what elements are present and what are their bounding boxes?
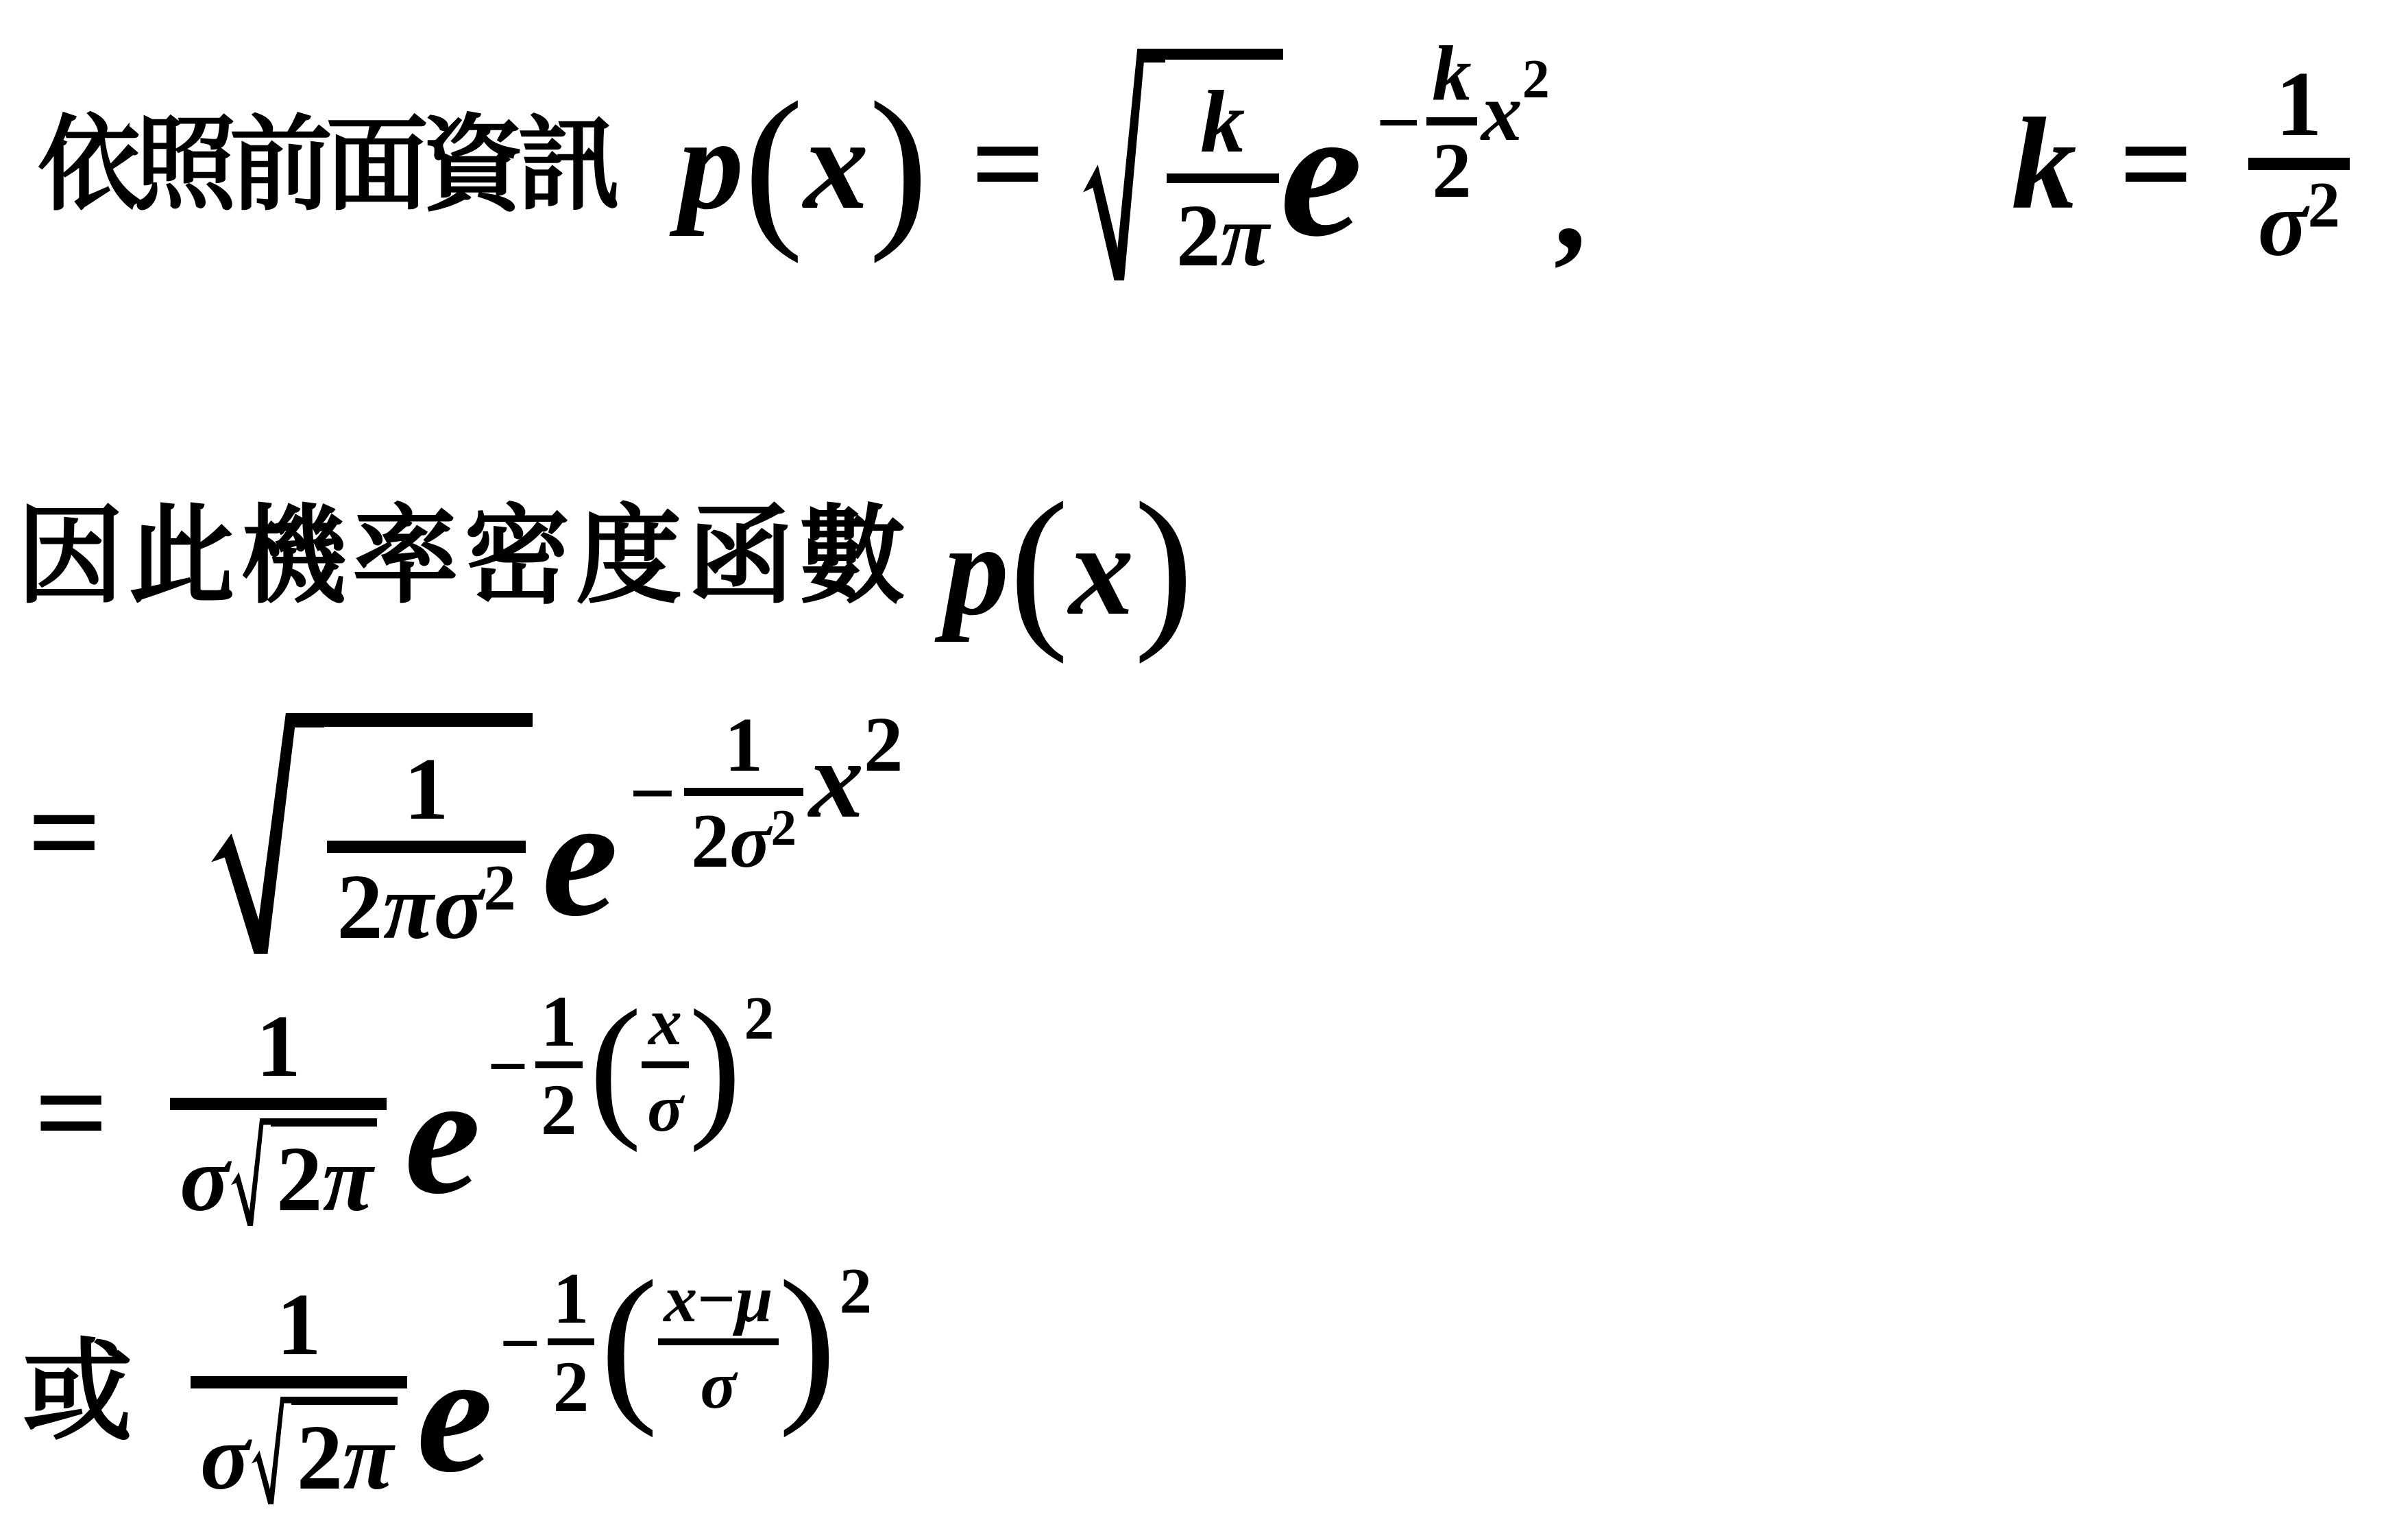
- close-paren: ): [1134, 501, 1193, 630]
- sqrt-vinculum: [291, 1397, 398, 1405]
- square-root-small: 2 π: [231, 1118, 377, 1226]
- x-symbol: x: [664, 1266, 697, 1333]
- sigma-symbol: σ: [200, 1412, 250, 1504]
- fraction-bar: [642, 1061, 689, 1068]
- p-symbol: p: [944, 505, 1009, 636]
- digit-2: 2: [337, 861, 383, 954]
- comma: ,: [1554, 139, 1587, 269]
- one-over-2pisigma2-fraction: 1 2 π σ 2: [327, 745, 525, 954]
- fraction-bar: [684, 788, 803, 796]
- pi-symbol: π: [383, 861, 434, 954]
- digit-1: 1: [2276, 58, 2322, 151]
- fraction-bar: [658, 1338, 778, 1345]
- sigma-symbol: σ: [433, 861, 483, 954]
- superscript-2: 2: [483, 856, 516, 921]
- p-symbol: p: [679, 99, 744, 230]
- equals-sign: =: [34, 1048, 108, 1179]
- line2-intro-text: 因此機率密度函數: [17, 503, 911, 609]
- close-paren: ): [689, 1009, 742, 1122]
- one-half-fraction: 1 2: [535, 985, 583, 1146]
- x-symbol: x: [648, 989, 682, 1056]
- sigma-symbol: σ: [180, 1133, 230, 1226]
- minus-sign: −: [697, 1266, 735, 1333]
- formula-line-2: 因此機率密度函數 p ( x ): [0, 432, 2408, 679]
- k-over-2-fraction: k 2: [1426, 34, 1477, 210]
- one-over-sigma-sqrt2pi-fraction: 1 σ 2 π: [191, 1280, 407, 1504]
- pi-symbol: π: [323, 1133, 374, 1226]
- minus-sign: −: [1376, 83, 1422, 162]
- close-paren: ): [779, 1279, 837, 1406]
- paren-group: ( x σ ): [589, 989, 742, 1142]
- x-symbol: x: [1481, 71, 1522, 154]
- sqrt-vinculum: [271, 1118, 377, 1127]
- x-symbol: x: [1069, 505, 1134, 636]
- fraction-bar: [191, 1376, 407, 1388]
- one-over-sigma-sqrt2pi-fraction: 1 σ 2 π: [170, 1002, 387, 1226]
- superscript-2: 2: [744, 989, 775, 1049]
- equals-sign: =: [2119, 99, 2193, 230]
- digit-1: 1: [404, 745, 449, 834]
- sigma-symbol: σ: [729, 803, 770, 880]
- formula-line-3: = 1 2 π σ 2 e − 1: [0, 696, 2408, 970]
- digit-2: 2: [553, 1351, 589, 1423]
- digit-1: 1: [553, 1262, 589, 1334]
- square-root-small: 2 π: [252, 1397, 398, 1504]
- euler-e: e: [417, 1328, 493, 1500]
- digit-2: 2: [541, 1074, 577, 1146]
- paren-group: ( x − μ σ ): [600, 1266, 836, 1419]
- minus-sign: −: [500, 1307, 541, 1379]
- exponent-group: − 1 2 ( x σ ) 2: [487, 985, 774, 1146]
- mu-symbol: μ: [735, 1266, 773, 1333]
- superscript-2: 2: [2308, 173, 2341, 238]
- formula-line-5: 或 1 σ 2 π e −: [0, 1255, 2408, 1529]
- fraction-bar: [535, 1061, 583, 1068]
- one-over-2sigma2-fraction: 1 2 σ 2: [684, 707, 803, 880]
- open-paren: (: [589, 1009, 642, 1122]
- sqrt-vinculum: [317, 713, 532, 727]
- one-over-sigma-squared: 1 σ 2: [2248, 58, 2350, 271]
- euler-e: e: [542, 772, 618, 943]
- exponent-group: − k 2 x 2: [1376, 34, 1550, 210]
- fraction-bar: [1167, 173, 1279, 183]
- open-paren: (: [1009, 501, 1069, 630]
- minus-sign: −: [487, 1030, 528, 1102]
- digit-1: 1: [277, 1280, 321, 1369]
- formula-line-4: = 1 σ 2 π e −: [0, 976, 2408, 1251]
- exponent-group: − 1 2 ( x − μ σ ) 2: [500, 1262, 872, 1423]
- open-paren: (: [744, 100, 803, 230]
- fraction-numerator: k: [1200, 77, 1245, 167]
- square-root: k 2 π: [1083, 49, 1283, 280]
- digit-2: 2: [1432, 131, 1472, 210]
- document-page: 依照前面資訊 p ( x ) = k 2 π e −: [0, 0, 2408, 1540]
- or-label: 或: [23, 1337, 132, 1447]
- superscript-2: 2: [1522, 52, 1550, 107]
- exponent-group: − 1 2 σ 2 x 2: [629, 707, 903, 880]
- sigma-symbol: σ: [647, 1075, 683, 1142]
- fraction-numerator: k: [1432, 34, 1472, 113]
- x-minus-mu-over-sigma-fraction: x − μ σ: [658, 1266, 778, 1419]
- sqrt-radical: [231, 1118, 275, 1226]
- sqrt-radical: [211, 713, 324, 954]
- superscript-2: 2: [771, 802, 797, 854]
- equals-sign: =: [27, 768, 101, 898]
- sqrt-radical: [252, 1397, 295, 1504]
- sqrt-radical: [1083, 49, 1165, 280]
- equals-sign: =: [971, 99, 1045, 230]
- formula-line-1: 依照前面資訊 p ( x ) = k 2 π e −: [0, 21, 2408, 309]
- pi-symbol: π: [1221, 191, 1269, 280]
- digit-2: 2: [1176, 191, 1221, 280]
- square-root: 1 2 π σ 2: [211, 713, 532, 954]
- k-symbol: k: [2011, 99, 2076, 230]
- euler-e: e: [1280, 80, 1363, 265]
- digit-2: 2: [297, 1412, 343, 1504]
- sigma-symbol: σ: [701, 1352, 737, 1419]
- sqrt-vinculum: [1160, 49, 1283, 60]
- euler-e: e: [404, 1050, 481, 1221]
- digit-1: 1: [256, 1002, 301, 1091]
- close-paren: ): [868, 100, 928, 230]
- digit-1: 1: [725, 707, 763, 784]
- superscript-2: 2: [864, 705, 903, 784]
- fraction-bar: [548, 1338, 595, 1345]
- x-over-sigma-fraction: x σ: [642, 989, 689, 1142]
- x-symbol: x: [809, 725, 864, 834]
- fraction-bar: [1426, 117, 1477, 125]
- k-over-2pi-fraction: k 2 π: [1167, 77, 1279, 280]
- x-symbol: x: [803, 99, 868, 230]
- pi-symbol: π: [343, 1412, 393, 1504]
- open-paren: (: [600, 1279, 658, 1406]
- one-half-fraction: 1 2: [548, 1262, 595, 1423]
- line1-intro-text: 依照前面資訊: [38, 113, 613, 216]
- digit-1: 1: [541, 985, 577, 1057]
- digit-2: 2: [691, 803, 729, 880]
- digit-2: 2: [276, 1133, 323, 1226]
- fraction-bar: [170, 1098, 387, 1110]
- k-definition: k = 1 σ 2: [2011, 58, 2350, 271]
- sigma-symbol: σ: [2258, 178, 2308, 271]
- superscript-2: 2: [840, 1259, 873, 1324]
- minus-sign: −: [629, 752, 676, 834]
